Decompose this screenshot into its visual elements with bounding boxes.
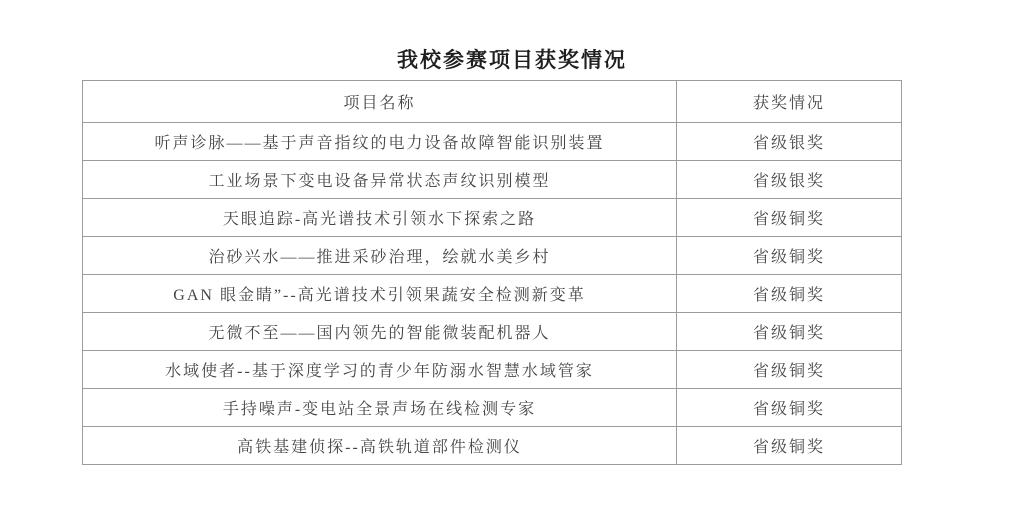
project-name-cell: 水域使者--基于深度学习的青少年防溺水智慧水域管家 [83, 351, 677, 389]
awards-table: 项目名称 获奖情况 听声诊脉——基于声音指纹的电力设备故障智能识别装置 省级银奖… [82, 80, 902, 465]
award-cell: 省级银奖 [677, 161, 902, 199]
project-name-cell: 高铁基建侦探--高铁轨道部件检测仪 [83, 427, 677, 465]
table-row: GAN 眼金睛”--高光谱技术引领果蔬安全检测新变革 省级铜奖 [83, 275, 902, 313]
award-cell: 省级铜奖 [677, 389, 902, 427]
award-cell: 省级铜奖 [677, 199, 902, 237]
table-row: 天眼追踪-高光谱技术引领水下探索之路 省级铜奖 [83, 199, 902, 237]
award-cell: 省级铜奖 [677, 427, 902, 465]
table-row: 无微不至——国内领先的智能微装配机器人 省级铜奖 [83, 313, 902, 351]
document-title: 我校参赛项目获奖情况 [0, 44, 1024, 74]
award-cell: 省级铜奖 [677, 351, 902, 389]
project-name-cell: 无微不至——国内领先的智能微装配机器人 [83, 313, 677, 351]
award-cell: 省级铜奖 [677, 313, 902, 351]
table-row: 听声诊脉——基于声音指纹的电力设备故障智能识别装置 省级银奖 [83, 123, 902, 161]
award-cell: 省级铜奖 [677, 237, 902, 275]
award-cell: 省级铜奖 [677, 275, 902, 313]
table-row: 手持噪声-变电站全景声场在线检测专家 省级铜奖 [83, 389, 902, 427]
table-header-row: 项目名称 获奖情况 [83, 81, 902, 123]
table-row: 工业场景下变电设备异常状态声纹识别模型 省级银奖 [83, 161, 902, 199]
project-name-cell: GAN 眼金睛”--高光谱技术引领果蔬安全检测新变革 [83, 275, 677, 313]
table-row: 水域使者--基于深度学习的青少年防溺水智慧水域管家 省级铜奖 [83, 351, 902, 389]
award-cell: 省级银奖 [677, 123, 902, 161]
table-row: 高铁基建侦探--高铁轨道部件检测仪 省级铜奖 [83, 427, 902, 465]
column-header-project: 项目名称 [83, 81, 677, 123]
project-name-cell: 治砂兴水——推进采砂治理，绘就水美乡村 [83, 237, 677, 275]
project-name-cell: 手持噪声-变电站全景声场在线检测专家 [83, 389, 677, 427]
project-name-cell: 天眼追踪-高光谱技术引领水下探索之路 [83, 199, 677, 237]
project-name-cell: 工业场景下变电设备异常状态声纹识别模型 [83, 161, 677, 199]
project-name-cell: 听声诊脉——基于声音指纹的电力设备故障智能识别装置 [83, 123, 677, 161]
column-header-award: 获奖情况 [677, 81, 902, 123]
table-row: 治砂兴水——推进采砂治理，绘就水美乡村 省级铜奖 [83, 237, 902, 275]
